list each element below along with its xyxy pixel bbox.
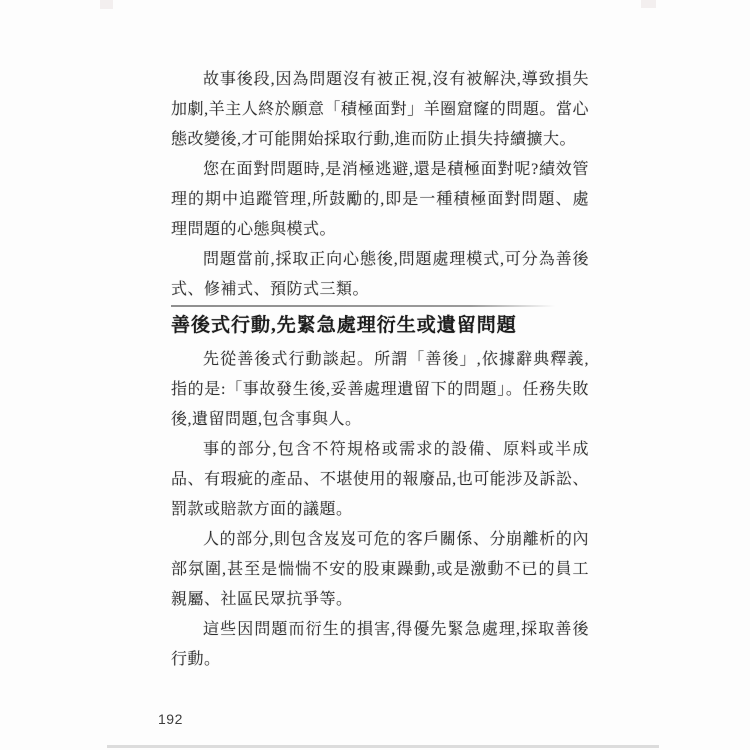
paragraph: 您在面對問題時,是消極逃避,還是積極面對呢?績效管理的期中追蹤管理,所鼓勵的,即… bbox=[171, 155, 589, 245]
paragraph: 這些因問題而衍生的損害,得優先緊急處理,採取善後行動。 bbox=[171, 615, 589, 675]
paragraph: 故事後段,因為問題沒有被正視,沒有被解決,導致損失加劇,羊主人終於願意「積極面對… bbox=[171, 65, 589, 155]
paragraph: 人的部分,則包含岌岌可危的客戶關係、分崩離析的內部氛圍,甚至是惴惴不安的股東躁動… bbox=[171, 525, 589, 615]
top-edge-mark-left bbox=[100, 0, 113, 9]
page-number: 192 bbox=[158, 711, 183, 727]
paragraph: 問題當前,採取正向心態後,問題處理模式,可分為善後式、修補式、預防式三類。 bbox=[171, 245, 589, 305]
text-column: 故事後段,因為問題沒有被正視,沒有被解決,導致損失加劇,羊主人終於願意「積極面對… bbox=[171, 65, 589, 675]
book-page: 故事後段,因為問題沒有被正視,沒有被解決,導致損失加劇,羊主人終於願意「積極面對… bbox=[0, 0, 750, 750]
bottom-edge-line bbox=[107, 745, 659, 748]
paragraph: 先從善後式行動談起。所謂「善後」,依據辭典釋義,指的是:「事故發生後,妥善處理遺… bbox=[171, 345, 589, 435]
top-edge-mark-right bbox=[641, 0, 656, 8]
section-divider-rule bbox=[171, 305, 555, 307]
paragraph: 事的部分,包含不符規格或需求的設備、原料或半成品、有瑕疵的產品、不堪使用的報廢品… bbox=[171, 435, 589, 525]
section-heading: 善後式行動,先緊急處理衍生或遺留問題 bbox=[171, 312, 589, 340]
